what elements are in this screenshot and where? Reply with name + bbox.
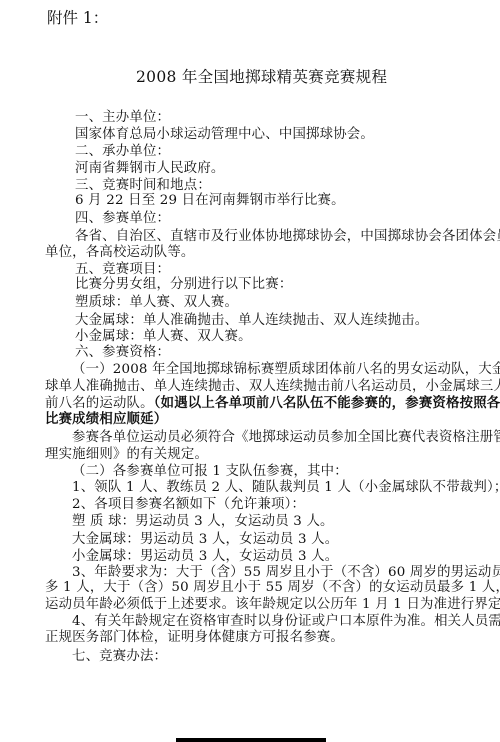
section-4-heading: 四、参赛单位： [75,211,170,227]
section-6-p3-item3-line1: 3、年龄要求为：大于（含）55 周岁且小于（不含）60 周岁的男运动员最 [72,565,500,581]
section-6-p1-line3: 前八名的运动队。（如遇以上各单项前八名队伍不能参赛的，参赛资格按照各项 [45,395,500,412]
document-title: 2008 年全国地掷球精英赛竞赛规程 [136,68,387,86]
section-6-p3-item3-line3: 运动员年龄必须低于上述要求。该年龄规定以公历年 1 月 1 日为准进行界定。 [45,597,500,613]
quota-row: 大金属球：男运动员 3 人，女运动员 3 人。 [72,532,338,548]
section-6-heading: 六、参赛资格： [75,345,170,361]
section-6-p1-line2: 球单人准确抛击、单人连续抛击、双人连续抛击前八名运动员，小金属球三人赛 [45,379,500,395]
section-3-heading: 三、竞赛时间和地点： [75,178,211,194]
event-item: 大金属球：单人准确抛击、单人连续抛击、双人连续抛击。 [75,313,428,329]
section-4-body-line1: 各省、自治区、直辖市及行业体协地掷球协会，中国掷球协会各团体会员 [75,229,500,245]
section-2-heading: 二、承办单位： [75,144,170,160]
section-5-intro: 比赛分男女组，分别进行以下比赛： [75,277,292,293]
section-1-heading: 一、主办单位： [75,110,170,126]
section-6-p2-line2: 理实施细则》的有关规定。 [45,447,208,463]
quota-row: 小金属球：男运动员 3 人，女运动员 3 人。 [72,549,338,565]
section-6-p3-item1: 1、领队 1 人、教练员 2 人、随队裁判员 1 人（小金属球队不带裁判）； [72,480,500,496]
page-edge-bar [176,738,326,742]
section-7-heading: 七、竞赛办法： [72,649,167,665]
quota-row: 塑 质 球：男运动员 3 人，女运动员 3 人。 [72,514,334,530]
section-6-p1-line1: （一）2008 年全国地掷球锦标赛塑质球团体前八名的男女运动队，大金属 [72,362,500,378]
section-6-p1-line3-bold: （如遇以上各单项前八名队伍不能参赛的，参赛资格按照各项 [154,395,500,411]
section-5-heading: 五、竞赛项目： [75,262,170,278]
section-6-p3-item4-line1: 4、有关年龄规定在资格审查时以身份证或户口本原件为准。相关人员需经 [72,614,500,630]
section-6-p3-item4-line2: 正规医务部门体检，证明身体健康方可报名参赛。 [45,630,344,646]
section-6-p2-line1: 参赛各单位运动员必须符合《地掷球运动员参加全国比赛代表资格注册管 [72,430,500,446]
attachment-label: 附件 1： [47,9,108,27]
section-2-body: 河南省舞钢市人民政府。 [75,161,225,177]
event-item: 塑质球：单人赛、双人赛。 [75,295,238,311]
section-1-body: 国家体育总局小球运动管理中心、中国掷球协会。 [75,127,374,143]
event-item: 小金属球：单人赛、双人赛。 [75,329,252,345]
section-6-p3-item3-line2: 多 1 人，大于（含）50 周岁且小于 55 周岁（不含）的女运动员最多 1 人… [45,580,500,596]
section-3-body: 6 月 22 日至 29 日在河南舞钢市举行比赛。 [75,193,345,209]
section-6-p3-item2: 2、各项目参赛名额如下（允许兼项）： [72,497,305,513]
section-6-p1-line3-normal: 前八名的运动队。 [45,396,154,411]
section-6-p1-line4: 比赛成绩相应顺延） [45,411,167,427]
section-6-p3: （二）各参赛单位可报 1 支队伍参赛，其中： [72,464,348,480]
section-4-body-line2: 单位，各高校运动队等。 [45,245,195,261]
